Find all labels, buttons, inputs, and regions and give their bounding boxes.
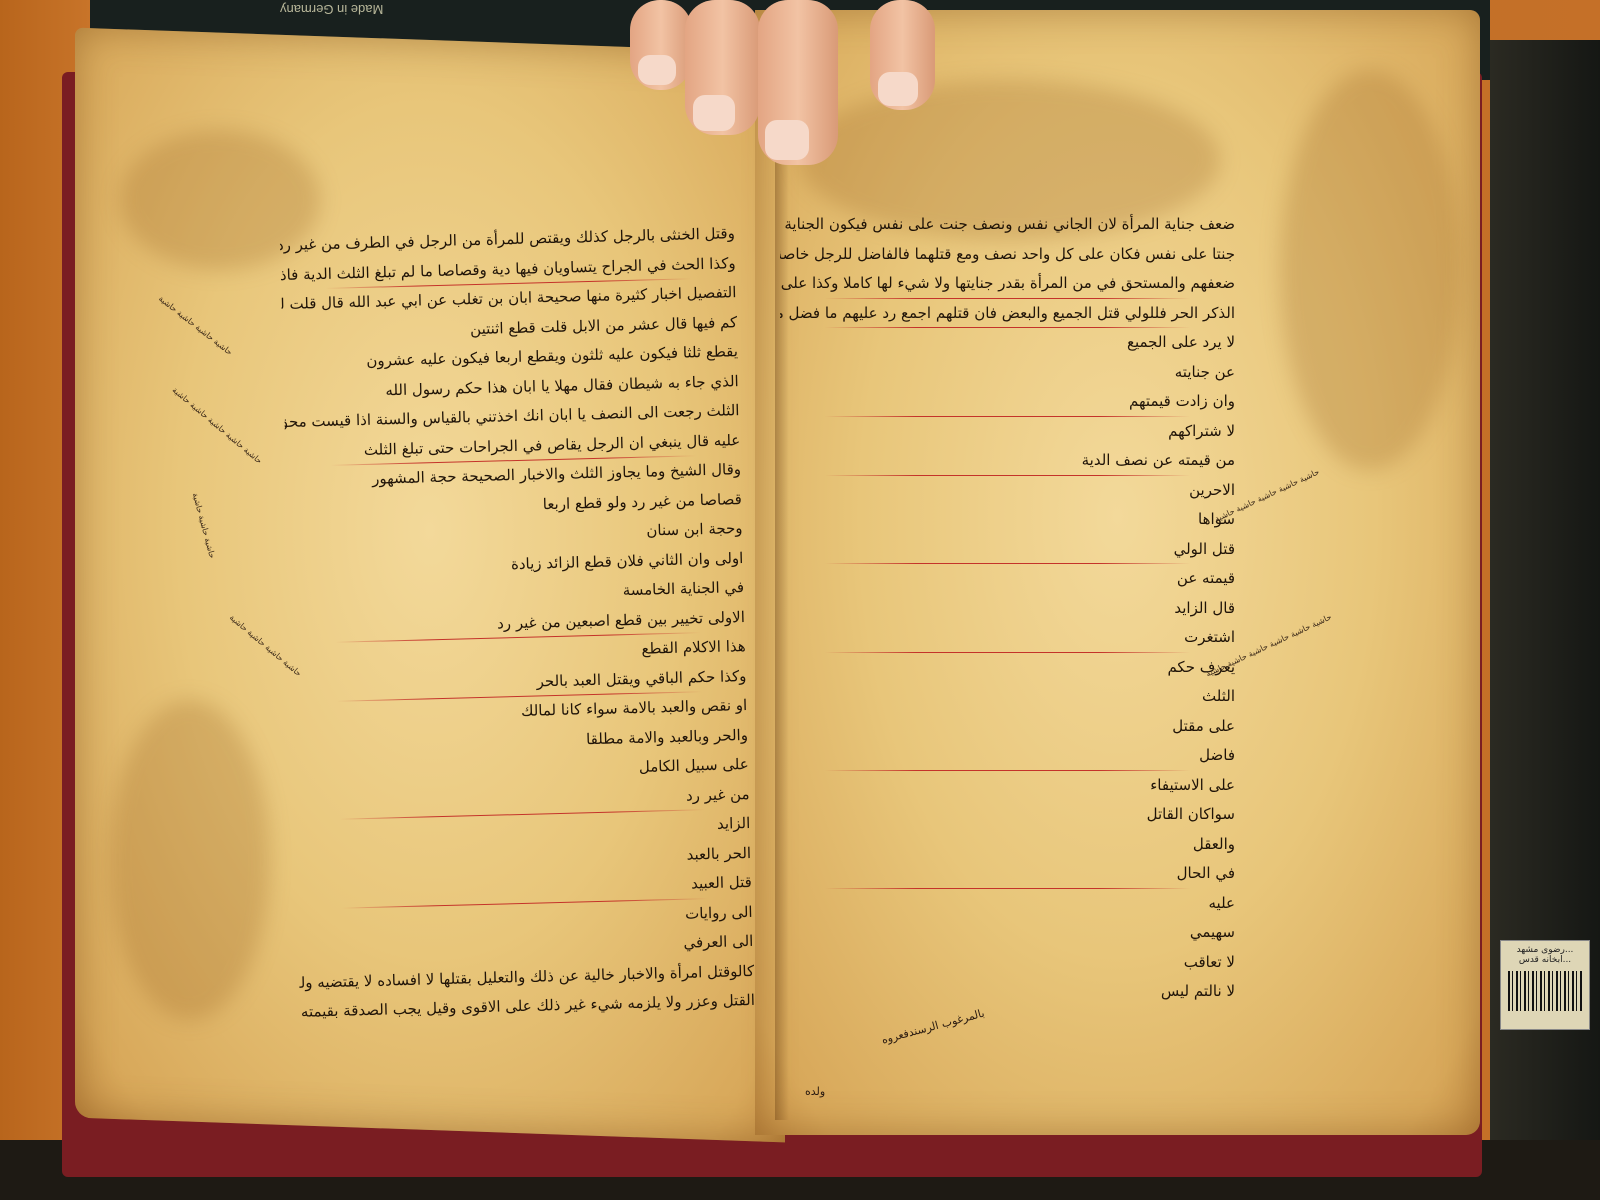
text-line: من قيمته عن نصف الدية [780,446,1235,476]
text-line: الذكر الحر فللولي قتل الجميع والبعض فان … [780,299,1235,329]
text-line: لا نالتم ليس [780,977,1235,1007]
fingernail [878,72,918,106]
left-page-text: وقتل الخنثى بالرجل كذلك ويقتص للمرأة من … [280,219,756,1031]
text-line: الثلث [780,682,1235,712]
hand [630,0,930,160]
fingernail [638,55,676,85]
text-line: والعقل [780,830,1235,860]
text-line: الاحرين [780,476,1235,506]
text-line: سواكان القاتل [780,800,1235,830]
text-line: لا تعاقب [780,948,1235,978]
water-stain [1280,70,1460,470]
text-line: ضعف جناية المرأة لان الجاني نفس ونصف جنت… [780,210,1235,240]
text-line: جنتا على نفس فكان على كل واحد نصف ومع قت… [780,240,1235,270]
fingernail [693,95,735,131]
library-label: ...رضوی مشهد ...ابخانه قدس [1500,940,1590,1030]
text-line: يعرف حكم [780,653,1235,683]
text-line: عليه [780,889,1235,919]
water-stain [110,700,270,1020]
label-line: ...رضوی مشهد [1501,945,1589,955]
text-line: سواها [780,505,1235,535]
text-line: في الحال [780,859,1235,889]
text-line: فاضل [780,741,1235,771]
text-line: سهيمي [780,918,1235,948]
text-line: على مقتل [780,712,1235,742]
barcode-icon [1508,971,1583,1011]
made-in-germany-text: Made in Germany [280,2,383,17]
fingernail [765,120,809,160]
text-line: ضعفهم والمستحق في من المرأة بقدر جنايتها… [780,269,1235,299]
right-page-text: ضعف جناية المرأة لان الجاني نفس ونصف جنت… [780,210,1235,1010]
text-line: وان زادت قيمتهم [780,387,1235,417]
text-line: قيمته عن [780,564,1235,594]
text-line: قتل الولي [780,535,1235,565]
text-line: لا يرد على الجميع [780,328,1235,358]
text-line: قال الزايد [780,594,1235,624]
text-line: اشتغرت [780,623,1235,653]
text-line: على الاستيفاء [780,771,1235,801]
catchword: ولده [805,1085,825,1098]
label-line: ...ابخانه قدس [1501,955,1589,965]
text-line: عن جنايته [780,358,1235,388]
text-line: لا شتراكهم [780,417,1235,447]
